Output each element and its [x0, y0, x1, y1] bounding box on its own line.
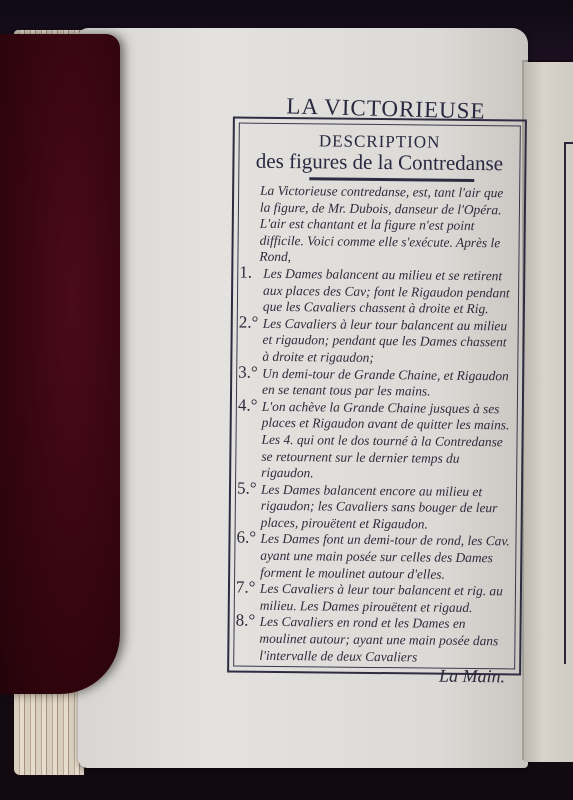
figure-text: Les Dames balancent encore au milieu et …: [261, 481, 498, 531]
figure-item: 1. Les Dames balancent au milieu et se r…: [245, 266, 516, 319]
figure-number: 4.°: [238, 397, 258, 414]
description-body: La Victorieuse contredanse, est, tant l'…: [241, 183, 516, 686]
box-subheading: des figures de la Contredanse: [234, 148, 524, 176]
figure-text: Les Dames balancent au milieu et se reti…: [263, 266, 510, 317]
velvet-cloth: [0, 34, 120, 694]
figure-number: 8.°: [236, 613, 256, 630]
closing-signature: La Main.: [241, 666, 511, 685]
figure-item: 6.° Les Dames font un demi-tour de rond,…: [242, 531, 513, 584]
figure-number: 2.°: [239, 314, 259, 331]
figure-text: Les Dames font un demi-tour de rond, les…: [260, 531, 510, 581]
figure-number: 6.°: [236, 530, 256, 547]
figure-number: 5.°: [237, 480, 257, 497]
figure-item: 3.° Un demi-tour de Grande Chaine, et Ri…: [244, 365, 514, 401]
facing-page: [524, 62, 573, 762]
figure-item: 5.° Les Dames balancent encore au milieu…: [243, 481, 514, 534]
figure-text: Les Cavaliers à leur tour balancent au m…: [262, 316, 507, 365]
figure-number: 1.: [239, 265, 252, 282]
figure-item: 4.° L'on achève la Grande Chaine jusques…: [243, 398, 514, 484]
figure-text: Les Cavaliers en rond et les Dames en mo…: [259, 614, 498, 664]
figure-item: 2.° Les Cavaliers à leur tour balancent …: [244, 315, 515, 368]
figure-item: 7.° Les Cavaliers à leur tour balancent …: [242, 581, 512, 617]
figure-item: 8.° Les Cavaliers en rond et les Dames e…: [241, 614, 512, 667]
figure-number: 3.°: [238, 364, 258, 381]
figure-text: Les Cavaliers à leur tour balancent et r…: [260, 581, 503, 615]
figure-text: Un demi-tour de Grande Chaine, et Rigaud…: [262, 365, 509, 398]
figure-text: L'on achève la Grande Chaine jusques à s…: [261, 399, 509, 481]
figure-number: 7.°: [236, 580, 256, 597]
description-frame: DESCRIPTION des figures de la Contredans…: [227, 116, 527, 675]
facing-page-frame: [564, 142, 573, 664]
intro-paragraph: La Victorieuse contredanse, est, tant l'…: [245, 183, 516, 269]
